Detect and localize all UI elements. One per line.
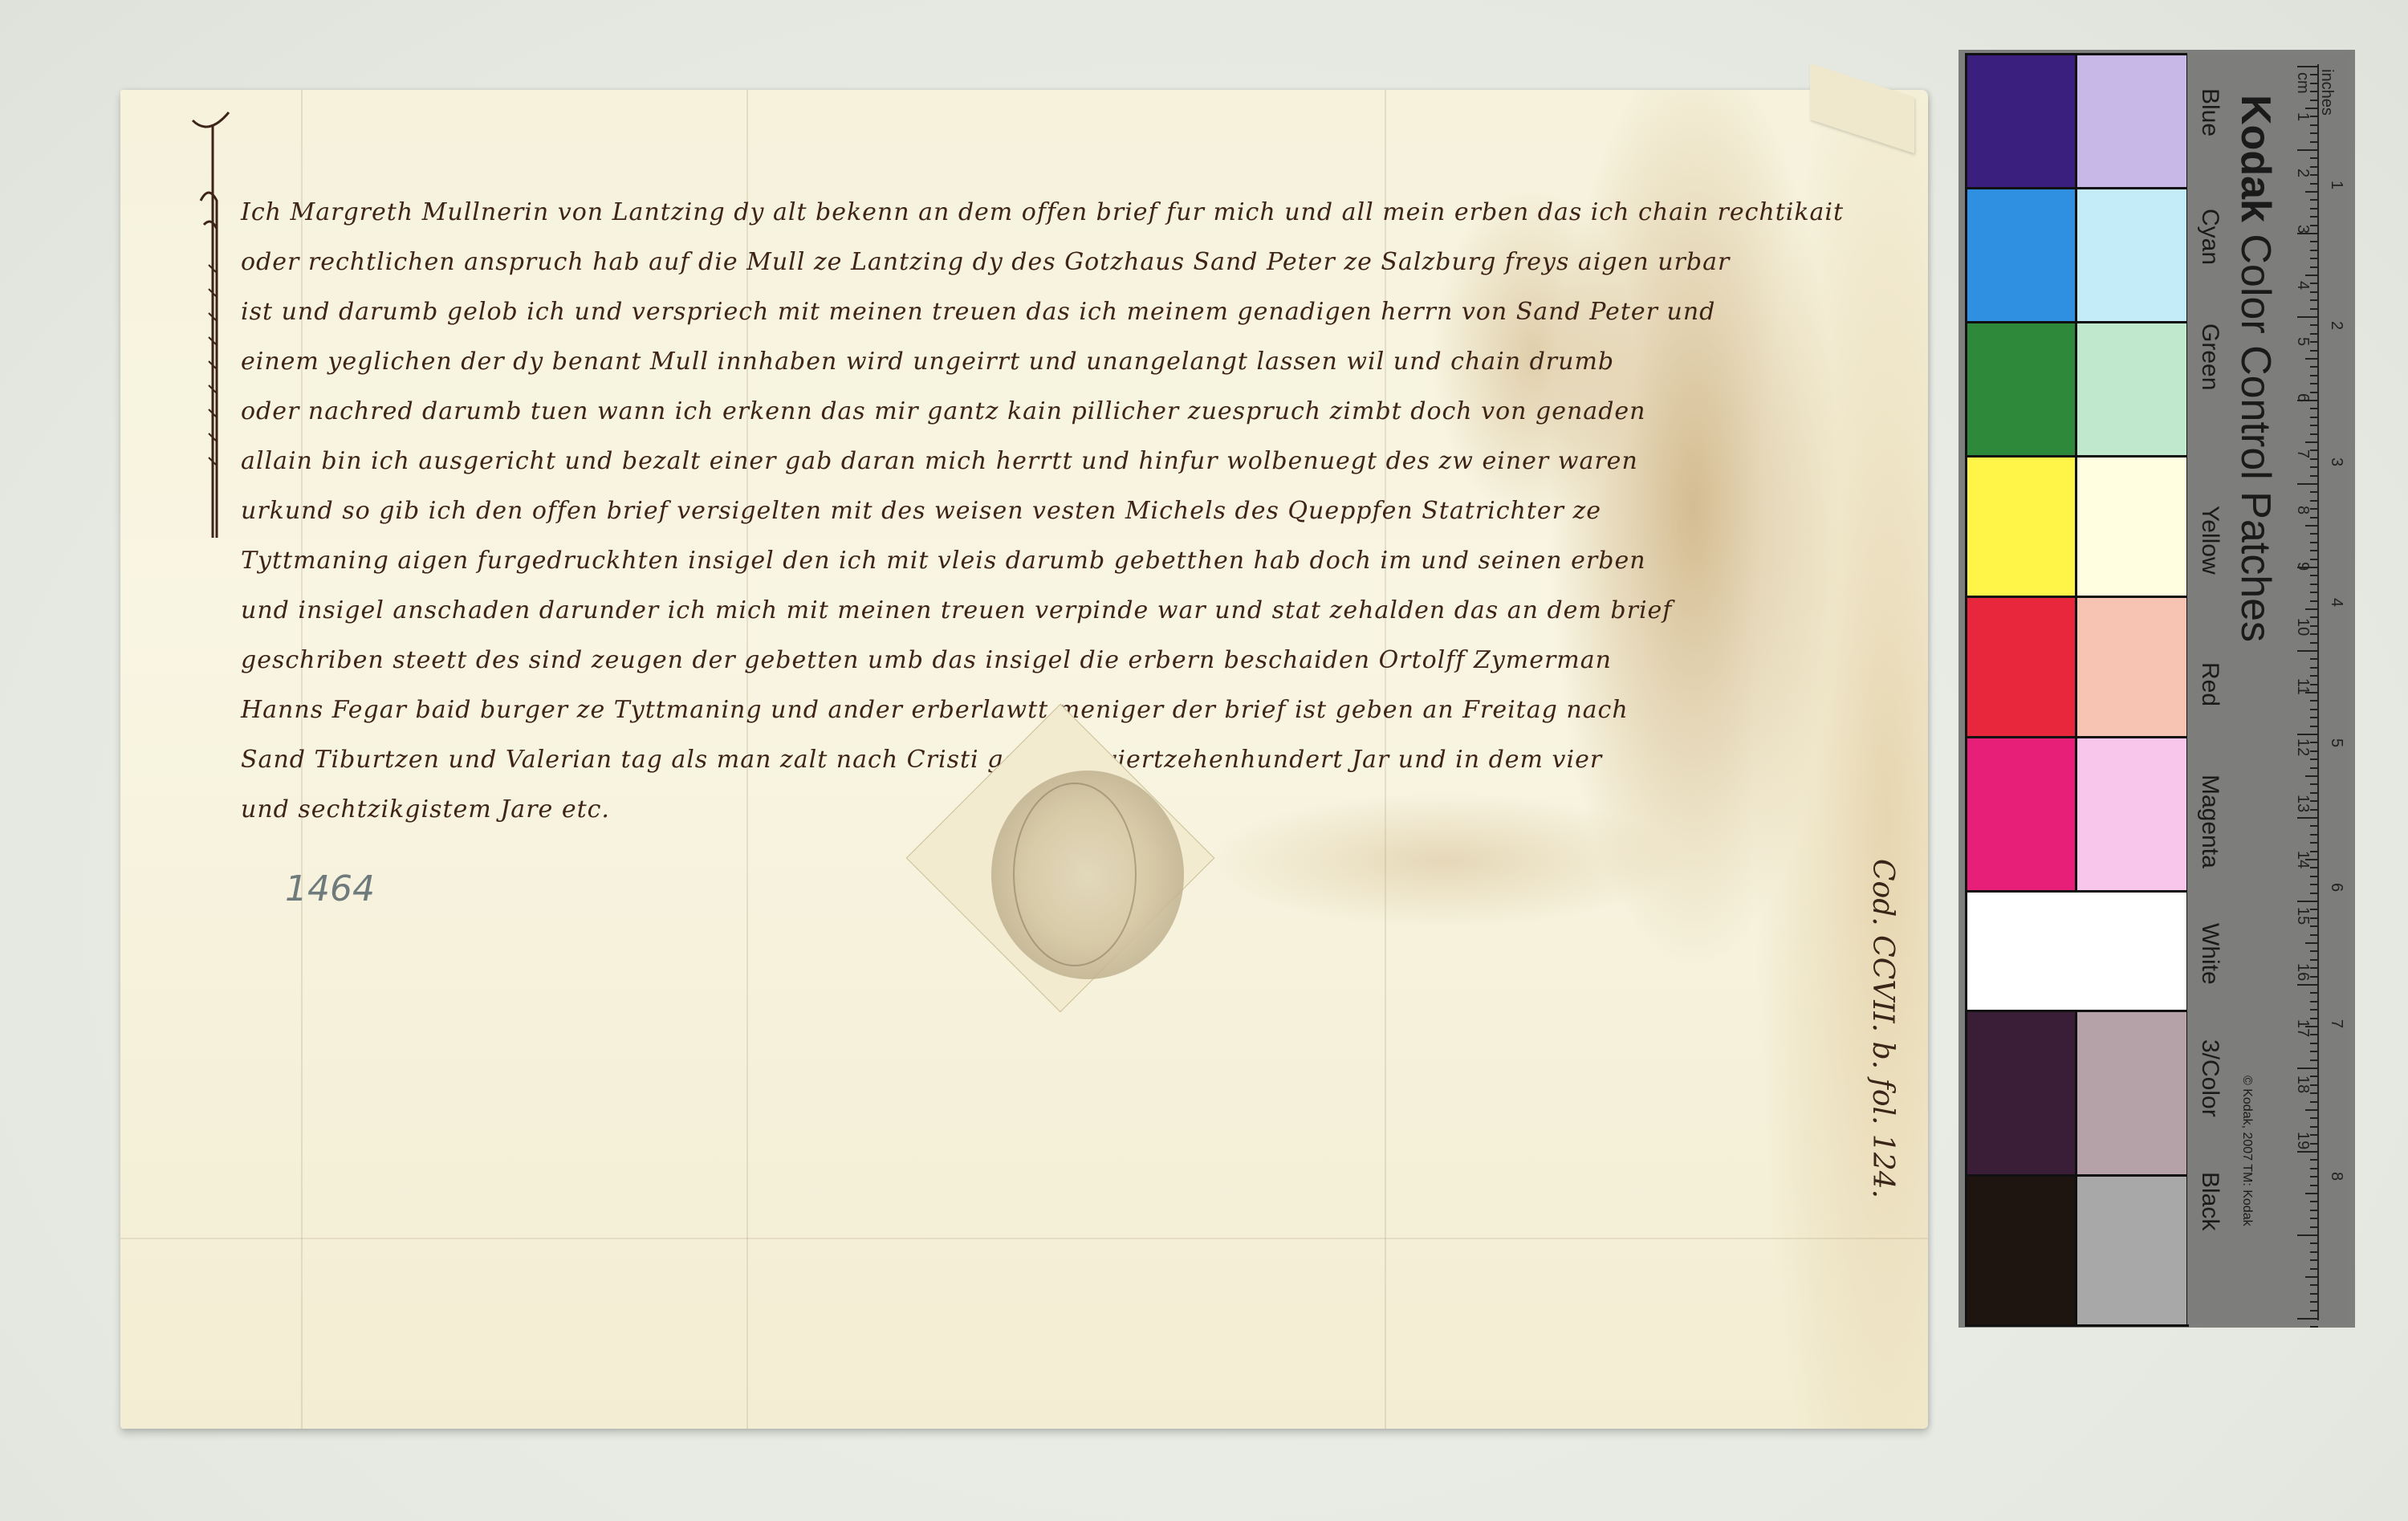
ruler-tick-mark (2305, 1026, 2318, 1027)
ruler-tick-mark (2310, 375, 2318, 376)
ruler-tick-mark (2310, 241, 2318, 242)
ruler-tick-mark (2305, 608, 2318, 610)
patch-black-light (2075, 1174, 2189, 1327)
ruler-tick-mark (2305, 191, 2318, 193)
inch-tick: 5 (2327, 738, 2345, 747)
ruler-tick-mark (2310, 1218, 2318, 1219)
ruler-tick-mark (2310, 141, 2318, 143)
patch-cyan-dark (1965, 187, 2077, 323)
unit-cm-label: cm (2293, 72, 2312, 94)
kodak-brand: Kodak Color Control Patches (2231, 95, 2280, 642)
label-cyan: Cyan (2196, 209, 2223, 265)
ruler-tick-mark (2310, 1134, 2318, 1136)
ruler-tick-mark (2297, 1234, 2318, 1236)
ruler-tick-mark (2297, 817, 2318, 819)
patch-green-light (2075, 321, 2189, 458)
label-yellow: Yellow (2196, 506, 2223, 575)
ruler-tick-mark (2305, 108, 2318, 109)
label-white: White (2196, 923, 2223, 985)
ruler-tick-mark (2310, 266, 2318, 268)
ruler-tick-mark (2297, 149, 2318, 151)
ruler-tick-mark (2297, 316, 2318, 318)
ruler-tick-mark (2310, 1084, 2318, 1086)
ruler-tick-mark (2310, 1268, 2318, 1270)
ruler-tick-mark (2310, 1001, 2318, 1002)
ruler-tick-mark (2310, 174, 2318, 176)
ruler-tick-mark (2310, 783, 2318, 785)
ruler-tick-mark (2310, 392, 2318, 393)
ruler-tick-mark (2310, 417, 2318, 418)
ruler-tick-mark (2310, 834, 2318, 836)
ruler-tick-mark (2310, 642, 2318, 644)
ruler-tick-mark (2310, 1310, 2318, 1312)
ruler-tick-mark (2310, 1143, 2318, 1145)
ruler-tick-mark (2310, 258, 2318, 259)
patch-red-dark (1965, 596, 2077, 738)
ruler-tick-mark (2305, 1193, 2318, 1194)
fold-line (120, 1238, 1928, 1239)
ruler-tick-mark (2310, 83, 2318, 84)
ruler-tick-mark (2310, 1242, 2318, 1244)
ruler-tick-mark (2310, 909, 2318, 910)
ruler-tick-mark (2310, 893, 2318, 894)
ruler-tick-mark (2305, 275, 2318, 276)
ruler-tick-mark (2310, 350, 2318, 352)
label-green: Green (2196, 323, 2223, 390)
ruler-tick-mark (2310, 324, 2318, 326)
charter-line: einem yeglichen der dy benant Mull innha… (241, 350, 1614, 374)
ruler-tick-mark (2310, 825, 2318, 827)
ruler-tick-mark (2305, 1276, 2318, 1278)
ruler-tick-mark (2310, 992, 2318, 994)
ruler-tick-mark (2310, 100, 2318, 101)
charter-line: und insigel anschaden darunder ich mich … (241, 599, 1672, 623)
cm-tick: 17 (2293, 1019, 2312, 1037)
ruler-tick-mark (2310, 750, 2318, 752)
ruler-tick-mark (2310, 792, 2318, 794)
label-3color: 3/Color (2196, 1039, 2223, 1117)
ruler-tick-mark (2310, 575, 2318, 576)
ruler-tick-mark (2310, 867, 2318, 868)
cm-tick: 15 (2293, 907, 2312, 925)
ruler-tick-mark (2310, 976, 2318, 978)
ruler-tick-mark (2310, 633, 2318, 635)
ornamental-initial-icon (185, 104, 233, 554)
ruler-tick-mark (2310, 959, 2318, 961)
ruler-tick-mark (2310, 425, 2318, 426)
patch-yellow-dark (1965, 455, 2077, 598)
ruler-tick-mark (2297, 483, 2318, 485)
ruler-tick-mark (2305, 525, 2318, 527)
charter-line: allain bin ich ausgericht und bezalt ein… (241, 449, 1638, 474)
charter-line: und sechtzikgistem Jare etc. (241, 798, 610, 822)
charter-line: oder nachred darumb tuen wann ich erkenn… (241, 400, 1645, 424)
cm-tick: 8 (2293, 506, 2312, 514)
cm-tick: 1 (2293, 112, 2312, 121)
ruler-tick-mark (2310, 1018, 2318, 1019)
charter-line: Hanns Fegar baid burger ze Tyttmaning un… (241, 698, 1629, 722)
charter-line: ist und darumb gelob ich und verspriech … (241, 300, 1715, 324)
ruler-tick-mark (2310, 726, 2318, 727)
ruler-tick-mark (2310, 1051, 2318, 1052)
ruler-tick-mark (2310, 449, 2318, 451)
ruler-tick-mark (2310, 800, 2318, 802)
ruler-tick-mark (2310, 1293, 2318, 1295)
ruler-tick-mark (2310, 1210, 2318, 1211)
ruler-tick-mark (2310, 283, 2318, 284)
ruler-tick-mark (2297, 233, 2318, 234)
ruler-tick-mark (2310, 291, 2318, 293)
ruler-tick-mark (2310, 308, 2318, 310)
ruler-tick-mark (2310, 616, 2318, 618)
ruler-tick-mark (2310, 250, 2318, 251)
ruler-tick-mark (2310, 950, 2318, 952)
ruler-tick-mark (2310, 700, 2318, 702)
ruler-tick-mark (2310, 458, 2318, 460)
ruler-tick-mark (2310, 1009, 2318, 1011)
ruler-tick-mark (2310, 74, 2318, 75)
ruler-tick-mark (2310, 517, 2318, 519)
patch-red-light (2075, 596, 2189, 738)
pencil-year-annotation: 1464 (285, 868, 375, 909)
seal-impression (1013, 783, 1137, 966)
ruler-tick-mark (2310, 466, 2318, 468)
ruler-tick-mark (2310, 366, 2318, 368)
ruler-tick-mark (2310, 809, 2318, 811)
ruler-tick-mark (2310, 1201, 2318, 1202)
ruler-tick-mark (2310, 383, 2318, 384)
ruler-tick-mark (2310, 592, 2318, 593)
ruler-tick-mark (2310, 1117, 2318, 1119)
ruler-tick-mark (2297, 1068, 2318, 1069)
ruler-tick-mark (2310, 225, 2318, 226)
label-black: Black (2196, 1172, 2223, 1230)
ruler-tick-mark (2310, 675, 2318, 677)
ruler-tick-mark (2297, 901, 2318, 902)
patch-black-dark (1965, 1174, 2077, 1327)
ruler-tick-mark (2297, 66, 2318, 67)
ruler-tick-mark (2310, 1092, 2318, 1094)
ruler-tick-mark (2310, 542, 2318, 543)
cm-tick: 19 (2293, 1132, 2312, 1149)
ruler-tick-mark (2305, 859, 2318, 860)
cm-tick: 7 (2293, 449, 2312, 458)
ruler-tick-mark (2310, 183, 2318, 185)
cm-tick: 18 (2293, 1076, 2312, 1093)
inch-tick: 8 (2327, 1172, 2345, 1181)
ruler-tick-mark (2310, 742, 2318, 743)
ruler-tick-mark (2310, 1176, 2318, 1177)
patch-white (1965, 890, 2189, 1012)
ruler-tick-mark (2297, 1318, 2318, 1320)
ruler-tick-mark (2310, 533, 2318, 535)
ruler-tick-mark (2310, 1168, 2318, 1169)
ruler-tick-mark (2310, 91, 2318, 92)
ruler-tick-mark (2310, 1126, 2318, 1128)
ruler-tick-mark (2310, 433, 2318, 435)
ruler-tick-mark (2310, 132, 2318, 134)
ruler-tick-mark (2310, 1043, 2318, 1044)
ruler-tick-mark (2310, 333, 2318, 335)
ruler-tick-mark (2310, 884, 2318, 885)
ruler-tick-mark (2310, 1326, 2318, 1328)
ruler-tick-mark (2297, 400, 2318, 401)
ruler-tick-mark (2310, 1284, 2318, 1286)
patch-cyan-light (2075, 187, 2189, 323)
ruler-tick-mark (2310, 216, 2318, 218)
kodak-copyright: © Kodak, 2007 TM: Kodak (2239, 1076, 2254, 1226)
patch-yellow-light (2075, 455, 2189, 598)
ruler-tick-mark (2310, 717, 2318, 718)
charter-line: Sand Tiburtzen und Valerian tag als man … (241, 748, 1602, 772)
ruler-tick-mark (2305, 358, 2318, 360)
archive-reference: Cod. CCVII. b. fol. 124. (1866, 859, 1899, 1198)
ruler-tick-mark (2305, 1109, 2318, 1111)
ruler-tick-mark (2310, 491, 2318, 493)
ruler-tick-mark (2310, 876, 2318, 877)
ruler-tick-mark (2310, 684, 2318, 685)
cm-tick: 4 (2293, 281, 2312, 290)
ruler-tick-mark (2310, 1259, 2318, 1261)
cm-tick: 10 (2293, 618, 2312, 636)
ruler-tick-mark (2305, 441, 2318, 443)
ruler-tick-mark (2310, 508, 2318, 510)
ruler-tick-mark (2310, 667, 2318, 669)
ruler-tick-mark (2310, 1076, 2318, 1077)
ruler-tick-mark (2310, 1059, 2318, 1061)
patch-3color-dark (1965, 1010, 2077, 1177)
inch-tick: 7 (2327, 1019, 2345, 1028)
ruler-tick-mark (2310, 758, 2318, 760)
ruler-tick-mark (2310, 1251, 2318, 1253)
ruler-tick-mark (2310, 600, 2318, 602)
ruler-tick-mark (2310, 500, 2318, 502)
ruler-tick-mark (2310, 709, 2318, 710)
ruler-tick-mark (2310, 550, 2318, 551)
ruler-tick-mark (2310, 1226, 2318, 1228)
inch-tick: 6 (2327, 883, 2345, 892)
ruler-tick-mark (2310, 166, 2318, 168)
unit-inches-label: inches (2317, 69, 2336, 116)
patch-3color-light (2075, 1010, 2189, 1177)
cm-tick: 13 (2293, 795, 2312, 812)
ruler-tick-mark (2310, 934, 2318, 936)
ruler-tick-mark (2310, 1159, 2318, 1161)
inch-tick: 2 (2327, 321, 2345, 330)
patch-magenta-dark (1965, 736, 2077, 893)
ruler-tick-mark (2310, 658, 2318, 660)
ruler-tick-mark (2310, 124, 2318, 126)
ruler-tick-mark (2310, 299, 2318, 301)
charter-line: geschriben steett des sind zeugen der ge… (241, 649, 1612, 673)
ruler-tick-mark (2305, 942, 2318, 944)
inch-tick: 3 (2327, 458, 2345, 466)
charter-line: urkund so gib ich den offen brief versig… (241, 499, 1601, 523)
ruler-tick-mark (2310, 208, 2318, 209)
label-blue: Blue (2196, 88, 2223, 136)
ruler-tick-mark (2305, 692, 2318, 693)
ruler-tick-mark (2310, 341, 2318, 343)
inch-tick: 1 (2327, 181, 2345, 189)
charter-line: Tyttmaning aigen furgedruckhten insigel … (241, 549, 1646, 573)
ruler-tick-mark (2310, 625, 2318, 627)
ruler-tick-mark (2310, 1185, 2318, 1186)
patch-green-dark (1965, 321, 2077, 458)
ruler-tick-mark (2310, 157, 2318, 159)
inch-tick: 4 (2327, 598, 2345, 607)
cm-tick: 5 (2293, 337, 2312, 346)
ruler-tick-mark (2297, 734, 2318, 735)
ruler-tick-mark (2297, 650, 2318, 652)
ruler-tick-mark (2310, 584, 2318, 585)
cm-tick: 16 (2293, 963, 2312, 981)
cm-tick: 2 (2293, 169, 2312, 177)
ruler-tick-mark (2310, 842, 2318, 844)
label-magenta: Magenta (2196, 775, 2223, 868)
ruler-tick-mark (2310, 767, 2318, 769)
ruler-tick-mark (2310, 1101, 2318, 1103)
patch-blue-light (2075, 53, 2189, 189)
ruler-tick-mark (2310, 917, 2318, 919)
ruler-tick-mark (2310, 967, 2318, 969)
label-red: Red (2196, 662, 2223, 706)
ruler-tick-mark (2297, 567, 2318, 568)
patch-magenta-light (2075, 736, 2189, 893)
ruler-tick-mark (2310, 1301, 2318, 1303)
ruler-tick-mark (2305, 775, 2318, 777)
ruler-tick-mark (2297, 984, 2318, 986)
charter-line: Ich Margreth Mullnerin von Lantzing dy a… (241, 201, 1844, 225)
ruler-tick-mark (2310, 925, 2318, 927)
cm-tick: 12 (2293, 738, 2312, 756)
charter-line: oder rechtlichen anspruch hab auf die Mu… (241, 250, 1730, 275)
ruler-tick-mark (2310, 116, 2318, 117)
ruler-tick-mark (2297, 1151, 2318, 1153)
ruler-tick-mark (2310, 199, 2318, 201)
ruler-tick-mark (2310, 1034, 2318, 1035)
ruler-tick-mark (2310, 851, 2318, 852)
ruler-tick-mark (2310, 559, 2318, 560)
ruler-tick-mark (2310, 475, 2318, 477)
patch-blue-dark (1965, 53, 2077, 189)
ruler-tick-mark (2310, 408, 2318, 409)
